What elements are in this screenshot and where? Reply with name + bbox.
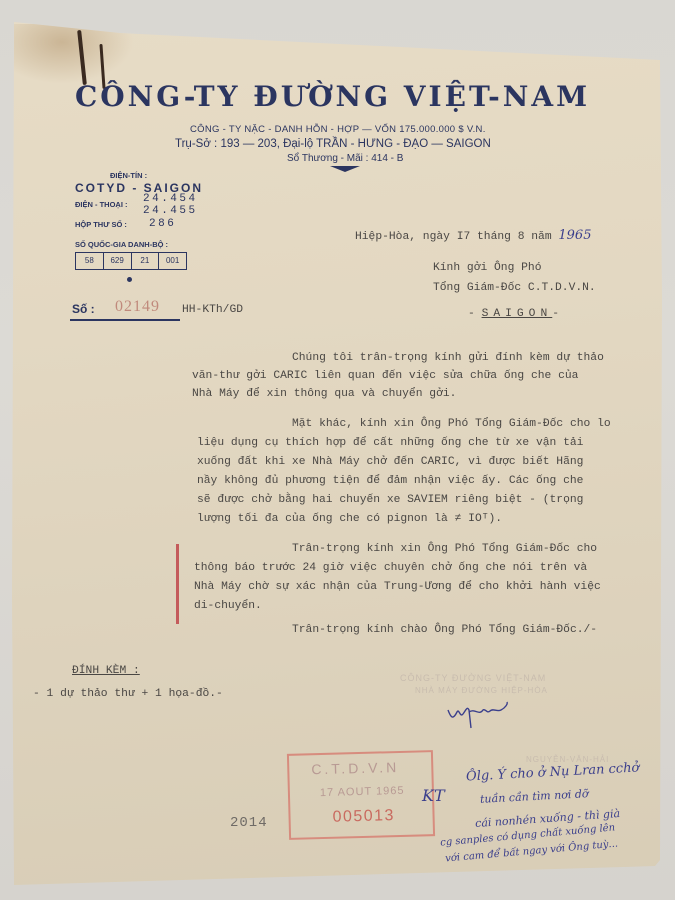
attachments-item: - 1 dự thảo thư + 1 họa-đồ.- [33,688,223,700]
recipient-line-2: Tổng Giám-Đốc C.T.D.V.N. [433,282,596,294]
signature-icon [445,698,515,733]
handwritten-prefix: KT [422,786,445,805]
handwritten-line: Ôlg. Ý cho ở Nụ Lran cchở [466,760,640,784]
recipient-city: - SAIGON- [468,308,559,320]
body-line: di-chuyển. [194,600,262,612]
body-line: Chúng tôi trân-trọng kính gửi đính kèm d… [292,352,604,364]
company-name: CÔNG-TY ĐƯỜNG VIỆT-NAM [75,80,590,113]
body-line: nầy không đủ phương tiện để đảm nhận việ… [197,475,583,487]
company-subtitle: CÔNG - TY NẶC - DANH HỖN - HỢP — VỐN 175… [190,124,486,135]
body-line: Trân-trọng kính xin Ông Phó Tổng Giám-Đố… [292,543,597,555]
handwritten-line: tuần cần tìm nơi dỡ [480,787,589,806]
reg-cell: 58 [76,253,104,269]
reference-number: 02149 [115,298,160,316]
received-stamp: C.T.D.V.N 17 AOUT 1965 005013 [287,750,435,840]
national-reg-label: SỐ QUỐC-GIA DANH-BỘ : [75,240,168,249]
closing-line: Trân-trọng kính chào Ông Phó Tổng Giám-Đ… [292,624,597,636]
body-line: thông báo trước 24 giờ việc chuyên chở ố… [194,562,587,574]
letter-paper: CÔNG-TY ĐƯỜNG VIỆT-NAM CÔNG - TY NẶC - D… [0,0,675,900]
recipient-line-1: Kính gởi Ông Phó [433,262,541,274]
phone-1: 24.454 [143,193,198,205]
city-prefix: - [468,308,475,320]
reference-underline [70,319,180,321]
reg-cell: 21 [132,253,160,269]
body-line: xuống đất khi xe Nhà Máy chở đến CARIC, … [197,456,583,468]
reference-label: Số : [72,302,95,316]
reference-suffix: HH-KTh/GD [182,304,243,316]
water-stain [14,24,134,84]
stamp-number: 005013 [332,807,395,827]
body-line: lượng tối đa của ống che có pignon là ≠ … [197,513,502,525]
body-line: Nhà Máy để xin thông qua và chuyển gởi. [192,388,456,400]
dateline: Hiệp-Hòa, ngày I7 tháng 8 năm 1965 [355,228,591,243]
body-line: liệu dụng cụ thích hợp để cất những ống … [197,437,583,449]
stamp-org: C.T.D.V.N [311,759,399,777]
city-suffix: - [552,308,559,320]
reg-cell: 629 [104,253,132,269]
faint-company-stamp: CÔNG-TY ĐƯỜNG VIỆT-NAM [400,673,546,683]
stamp-date: 17 AOUT 1965 [320,785,405,799]
body-line: văn-thư gởi CARIC liên quan đến việc sửa… [192,370,578,382]
dot-ornament [127,277,132,282]
reg-cell: 001 [159,253,186,269]
phone-label: ĐIỆN - THOẠI : [75,200,128,209]
arrow-down-icon [330,166,360,172]
trade-register: Sổ Thương - Mãi : 414 - B [287,153,403,164]
handwritten-year: 1965 [558,228,591,243]
body-line: sẽ được chở bằng hai chuyến xe SAVIEM ri… [197,494,583,506]
pobox-label: HỘP THƯ SỐ : [75,220,127,229]
body-line: Mặt khác, kính xin Ông Phó Tổng Giám-Đốc… [292,418,611,430]
attachments-label: ĐÍNH KÈM : [72,665,140,677]
red-margin-mark [176,544,179,624]
dateline-text: Hiệp-Hòa, ngày I7 tháng 8 năm [355,231,552,243]
telegraph-label: ĐIỆN-TÍN : [110,171,147,180]
phone-2: 24.455 [143,205,198,217]
stamp-side-number: 2014 [230,815,268,831]
faint-factory-stamp: NHÀ MÁY ĐƯỜNG HIỆP-HÒA [415,686,548,695]
pobox-number: 286 [149,218,176,230]
city-name: SAIGON [482,308,553,320]
national-reg-box: 58 629 21 001 [75,252,187,270]
body-line: Nhà Máy chờ sự xác nhận của Trung-Ương đ… [194,581,601,593]
company-address: Trụ-Sở : 193 — 203, Đại-lộ TRẦN - HƯNG -… [175,138,491,150]
